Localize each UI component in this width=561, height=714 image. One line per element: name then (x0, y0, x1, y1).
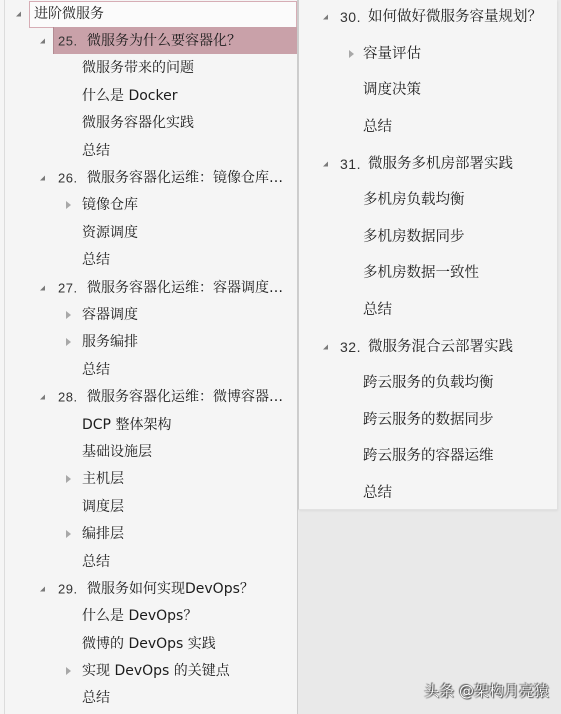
triangle-down-right-icon[interactable] (323, 344, 328, 349)
triangle-down-right-icon[interactable] (40, 586, 45, 591)
tree-item[interactable]: 跨云服务的负载均衡 (299, 365, 557, 402)
triangle-right-icon[interactable] (66, 311, 71, 319)
tree-item[interactable]: 多机房负载均衡 (299, 182, 557, 219)
tree-item-label: 总结 (363, 484, 392, 502)
chapter-number: 25. (58, 34, 78, 49)
tree-item[interactable]: 微服务带来的问题 (0, 55, 297, 82)
tree-item-label: 服务编排 (82, 333, 138, 351)
tree-item[interactable]: 编排层 (0, 520, 297, 547)
tree-item[interactable]: 容器调度 (0, 301, 297, 328)
tree-chapter-31[interactable]: 31. 微服务多机房部署实践 (299, 145, 557, 182)
tree-item[interactable]: 跨云服务的容器运维 (299, 438, 557, 475)
tree-item-label: 资源调度 (82, 224, 138, 242)
chapter-title: 微服务容器化运维：镜像仓库… (87, 169, 283, 187)
tree-item-label: 总结 (82, 553, 110, 571)
chapter-title: 微服务如何实现DevOps？ (87, 580, 254, 598)
tree-item[interactable]: 实现 DevOps 的关键点 (0, 657, 297, 684)
tree-item[interactable]: 资源调度 (0, 219, 297, 246)
tree-chapter-25[interactable]: 25. 微服务为什么要容器化？ (0, 27, 297, 54)
tree-item-label: 镜像仓库 (82, 196, 138, 214)
tree-chapter-27[interactable]: 27. 微服务容器化运维：容器调度… (0, 274, 297, 301)
triangle-right-icon[interactable] (66, 667, 71, 675)
chapter-number: 29. (58, 581, 78, 596)
tree-item[interactable]: 总结 (299, 292, 557, 329)
tree-item-label: 编排层 (82, 525, 124, 543)
tree-item[interactable]: 调度决策 (299, 72, 557, 109)
triangle-down-right-icon[interactable] (40, 176, 45, 181)
tree-chapter-28[interactable]: 28. 微服务容器化运维：微博容器… (0, 383, 297, 410)
tree-item-label: 跨云服务的数据同步 (363, 411, 494, 429)
watermark-text: 头条 @架构月亮猿 (424, 680, 549, 701)
tree-item-label: 容器调度 (82, 306, 138, 324)
tree-item[interactable]: 什么是 DevOps？ (0, 603, 297, 630)
triangle-right-icon[interactable] (66, 475, 71, 483)
chapter-number: 27. (58, 280, 78, 295)
tree-item-label: 总结 (82, 689, 110, 707)
tree-item[interactable]: 镜像仓库 (0, 192, 297, 219)
tree-item[interactable]: 基础设施层 (0, 438, 297, 465)
tree-item[interactable]: 什么是 Docker (0, 82, 297, 109)
chapter-title: 如何做好微服务容量规划？ (368, 8, 542, 26)
tree-item-label: 调度决策 (363, 81, 421, 99)
tree-chapter-30[interactable]: 30. 如何做好微服务容量规划？ (299, 0, 557, 36)
tree-item[interactable]: 总结 (0, 685, 297, 712)
tree-item[interactable]: DCP 整体架构 (0, 411, 297, 438)
tree-item-label: 主机层 (82, 470, 124, 488)
tree-item[interactable]: 多机房数据同步 (299, 219, 557, 256)
tree-item-label: 多机房负载均衡 (363, 191, 465, 209)
triangle-right-icon[interactable] (66, 338, 71, 346)
triangle-right-icon[interactable] (349, 50, 354, 58)
tree-item[interactable]: 微服务容器化实践 (0, 110, 297, 137)
tree-item-label: 什么是 DevOps？ (82, 607, 197, 625)
tree-chapter-32[interactable]: 32. 微服务混合云部署实践 (299, 328, 557, 365)
tree-item-label: 微服务容器化实践 (82, 114, 194, 132)
chapter-number: 30. (340, 9, 361, 25)
chapter-number: 32. (340, 339, 361, 355)
tree-chapter-26[interactable]: 26. 微服务容器化运维：镜像仓库… (0, 164, 297, 191)
tree-item[interactable]: 容量评估 (299, 36, 557, 73)
triangle-down-right-icon[interactable] (323, 15, 328, 20)
tree-item-label: 跨云服务的负载均衡 (363, 374, 494, 392)
tree-item[interactable]: 总结 (0, 137, 297, 164)
triangle-right-icon[interactable] (66, 530, 71, 538)
tree-root-label: 进阶微服务 (34, 5, 104, 23)
tree-item-label: 调度层 (82, 498, 124, 516)
chapter-number: 31. (340, 156, 361, 172)
triangle-down-right-icon[interactable] (40, 39, 45, 44)
tree-item[interactable]: 服务编排 (0, 329, 297, 356)
tree-item[interactable]: 总结 (0, 548, 297, 575)
tree-item-label: 总结 (363, 301, 392, 319)
tree-item-label: 总结 (363, 118, 392, 136)
triangle-down-right-icon[interactable] (16, 11, 21, 16)
chapter-number: 28. (58, 390, 78, 405)
chapter-title: 微服务容器化运维：容器调度… (87, 279, 283, 297)
tree-item-label: 微服务带来的问题 (82, 59, 194, 77)
tree-item[interactable]: 调度层 (0, 493, 297, 520)
tree-item[interactable]: 多机房数据一致性 (299, 255, 557, 292)
tree-item-label: 多机房数据一致性 (363, 264, 479, 282)
tree-item-label: 总结 (82, 142, 110, 160)
chapter-title: 微服务多机房部署实践 (368, 155, 513, 173)
tree-item-label: DCP 整体架构 (82, 416, 171, 434)
tree-item-label: 实现 DevOps 的关键点 (82, 662, 230, 680)
tree-item[interactable]: 总结 (0, 247, 297, 274)
tree-item-label: 基础设施层 (82, 443, 152, 461)
chapter-title: 微服务为什么要容器化？ (87, 32, 241, 50)
chapter-number: 26. (58, 171, 78, 186)
outline-tree-right: 30. 如何做好微服务容量规划？ 容量评估 调度决策 总结 31. 微服务多机房… (298, 0, 557, 510)
triangle-down-right-icon[interactable] (40, 395, 45, 400)
chapter-title: 微服务容器化运维：微博容器… (87, 388, 283, 406)
outline-tree-left: 进阶微服务 25. 微服务为什么要容器化？ 微服务带来的问题 什么是 Docke… (0, 0, 298, 714)
tree-item[interactable]: 总结 (299, 475, 557, 512)
tree-item-label: 总结 (82, 361, 110, 379)
tree-item[interactable]: 跨云服务的数据同步 (299, 402, 557, 439)
tree-item-label: 多机房数据同步 (363, 228, 465, 246)
triangle-down-right-icon[interactable] (323, 161, 328, 166)
tree-item[interactable]: 主机层 (0, 466, 297, 493)
tree-item-label: 微博的 DevOps 实践 (82, 635, 216, 653)
tree-item[interactable]: 总结 (299, 109, 557, 146)
tree-item-label: 容量评估 (363, 45, 421, 63)
tree-root-node[interactable]: 进阶微服务 (0, 0, 297, 27)
triangle-down-right-icon[interactable] (40, 285, 45, 290)
chapter-title: 微服务混合云部署实践 (368, 338, 513, 356)
tree-item-label: 什么是 Docker (82, 87, 177, 105)
tree-item[interactable]: 微博的 DevOps 实践 (0, 630, 297, 657)
tree-item[interactable]: 总结 (0, 356, 297, 383)
tree-item-label: 总结 (82, 251, 110, 269)
triangle-right-icon[interactable] (66, 201, 71, 209)
tree-item-label: 跨云服务的容器运维 (363, 447, 494, 465)
tree-chapter-29[interactable]: 29. 微服务如何实现DevOps？ (0, 575, 297, 602)
